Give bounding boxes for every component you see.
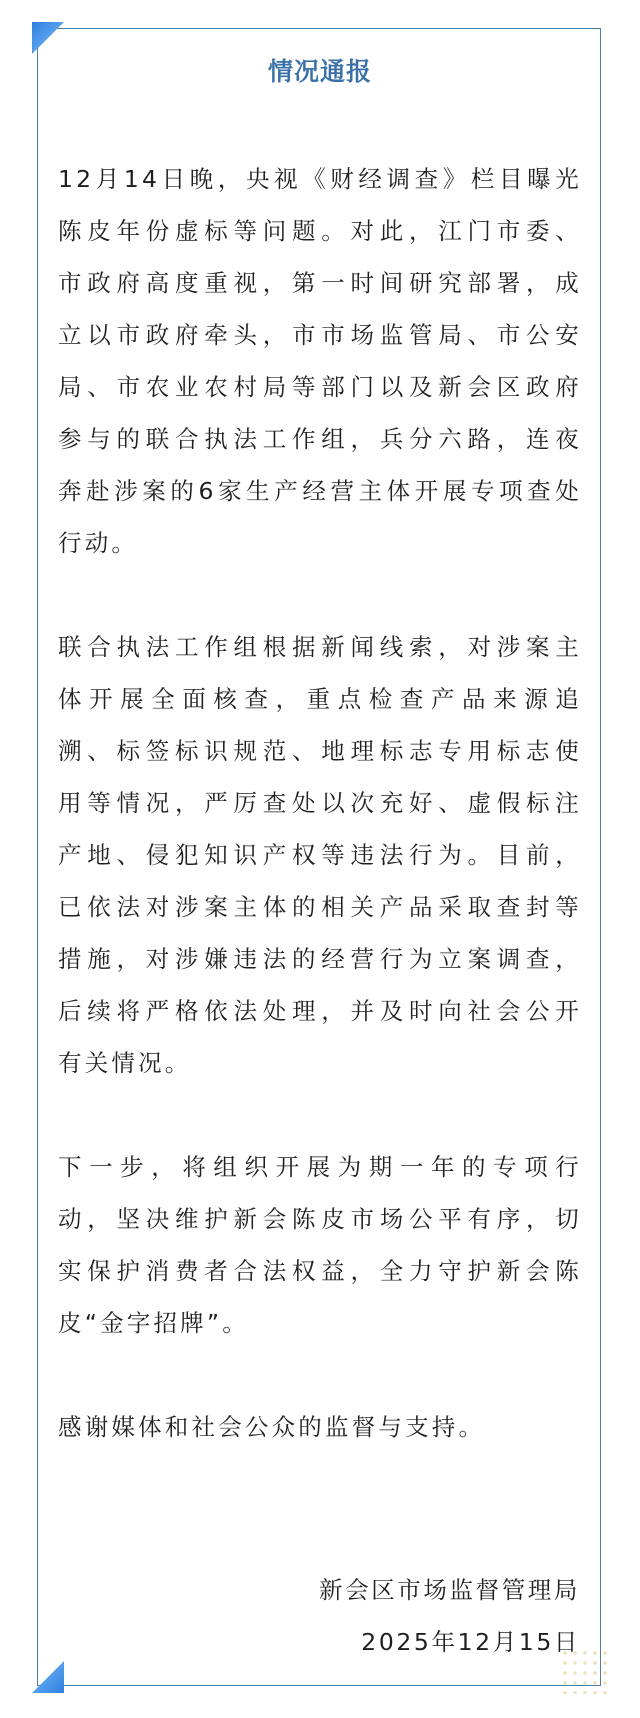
text-line: 后续将严格依法处理，并及时向社会公开 — [58, 985, 582, 1037]
text-line: 已依法对涉案主体的相关产品采取查封等 — [58, 881, 582, 933]
text-line: 有关情况。 — [58, 1037, 582, 1089]
text-line: 实保护消费者合法权益，全力守护新会陈 — [58, 1245, 582, 1297]
text-line: 市政府高度重视，第一时间研究部署，成 — [58, 257, 582, 309]
document-title: 情况通报 — [0, 56, 640, 88]
text-line: 产地、侵犯知识产权等违法行为。目前， — [58, 829, 582, 881]
issue-date: 2025年12月15日 — [319, 1616, 580, 1668]
text-line: 体开展全面核查，重点检查产品来源追 — [58, 673, 582, 725]
text-line: 参与的联合执法工作组，兵分六路，连夜 — [58, 413, 582, 465]
text-line: 感谢媒体和社会公众的监督与支持。 — [58, 1401, 582, 1453]
paragraph-2: 联合执法工作组根据新闻线索，对涉案主 体开展全面核查，重点检查产品来源追 溯、标… — [58, 621, 582, 1089]
text-line: 皮“金字招牌”。 — [58, 1297, 582, 1349]
paragraph-3: 下一步，将组织开展为期一年的专项行 动，坚决维护新会陈皮市场公平有序，切 实保护… — [58, 1141, 582, 1349]
text-line: 联合执法工作组根据新闻线索，对涉案主 — [58, 621, 582, 673]
issuer-name: 新会区市场监督管理局 — [319, 1564, 580, 1616]
text-line: 局、市农业农村局等部门以及新会区政府 — [58, 361, 582, 413]
signature-block: 新会区市场监督管理局 2025年12月15日 — [319, 1564, 580, 1668]
text-line: 陈皮年份虚标等问题。对此，江门市委、 — [58, 205, 582, 257]
document-body: 12月14日晚，央视《财经调查》栏目曝光 陈皮年份虚标等问题。对此，江门市委、 … — [58, 153, 582, 1505]
text-line: 下一步，将组织开展为期一年的专项行 — [58, 1141, 582, 1193]
text-line: 立以市政府牵头，市市场监管局、市公安 — [58, 309, 582, 361]
text-line: 行动。 — [58, 517, 582, 569]
paragraph-4: 感谢媒体和社会公众的监督与支持。 — [58, 1401, 582, 1453]
text-line: 溯、标签标识规范、地理标志专用标志使 — [58, 725, 582, 777]
text-line: 措施，对涉嫌违法的经营行为立案调查， — [58, 933, 582, 985]
text-line: 12月14日晚，央视《财经调查》栏目曝光 — [58, 153, 582, 205]
text-line: 奔赴涉案的6家生产经营主体开展专项查处 — [58, 465, 582, 517]
text-line: 动，坚决维护新会陈皮市场公平有序，切 — [58, 1193, 582, 1245]
paragraph-1: 12月14日晚，央视《财经调查》栏目曝光 陈皮年份虚标等问题。对此，江门市委、 … — [58, 153, 582, 569]
text-line: 用等情况，严厉查处以次充好、虚假标注 — [58, 777, 582, 829]
